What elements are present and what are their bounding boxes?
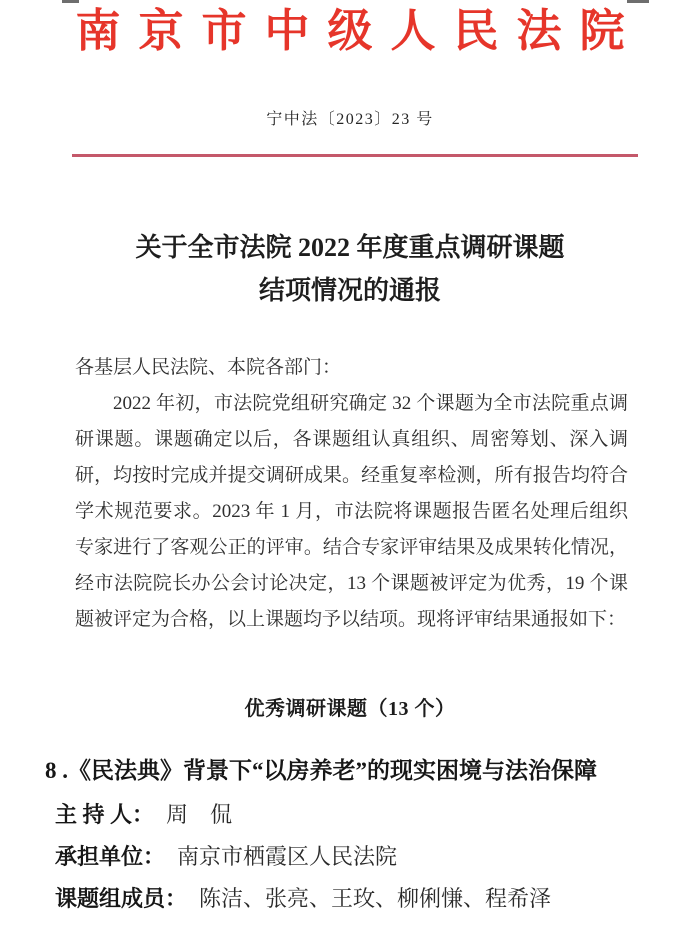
scan-artifact-left: [62, 0, 79, 3]
leader-row: 主 持 人：周 侃: [55, 800, 655, 830]
unit-row: 承担单位：南京市栖霞区人民法院: [55, 842, 655, 872]
section-heading-excellent-topics: 优秀调研课题（13 个）: [0, 694, 700, 724]
members-names: 陈洁、张亮、王玫、柳俐慊、程希泽: [199, 886, 551, 911]
red-divider-line: [72, 154, 638, 157]
document-body: 各基层人民法院、本院各部门： 2022 年初，市法院党组研究确定 32 个课题为…: [75, 350, 628, 638]
document-title-line1: 关于全市法院 2022 年度重点调研课题: [0, 226, 700, 269]
body-paragraph: 2022 年初，市法院党组研究确定 32 个课题为全市法院重点调研课题。课题确定…: [75, 386, 628, 638]
unit-name: 南京市栖霞区人民法院: [177, 844, 397, 869]
salutation: 各基层人民法院、本院各部门：: [75, 350, 628, 386]
document-number: 宁中法〔2023〕23 号: [0, 106, 700, 129]
members-row: 课题组成员：陈洁、张亮、王玫、柳俐慊、程希泽: [55, 884, 655, 914]
topic-item-title: 8 .《民法典》背景下“以房养老”的现实困境与法治保障: [45, 755, 660, 787]
leader-label: 主 持 人：: [55, 802, 154, 827]
document-page: 南京市中级人民法院 宁中法〔2023〕23 号 关于全市法院 2022 年度重点…: [0, 0, 700, 947]
members-label: 课题组成员：: [55, 886, 187, 911]
leader-name: 周 侃: [166, 802, 232, 827]
court-letterhead: 南京市中级人民法院: [0, 4, 700, 58]
document-title: 关于全市法院 2022 年度重点调研课题 结项情况的通报: [0, 226, 700, 312]
scan-artifact-right: [627, 0, 649, 3]
document-title-line2: 结项情况的通报: [0, 269, 700, 312]
unit-label: 承担单位：: [55, 844, 165, 869]
